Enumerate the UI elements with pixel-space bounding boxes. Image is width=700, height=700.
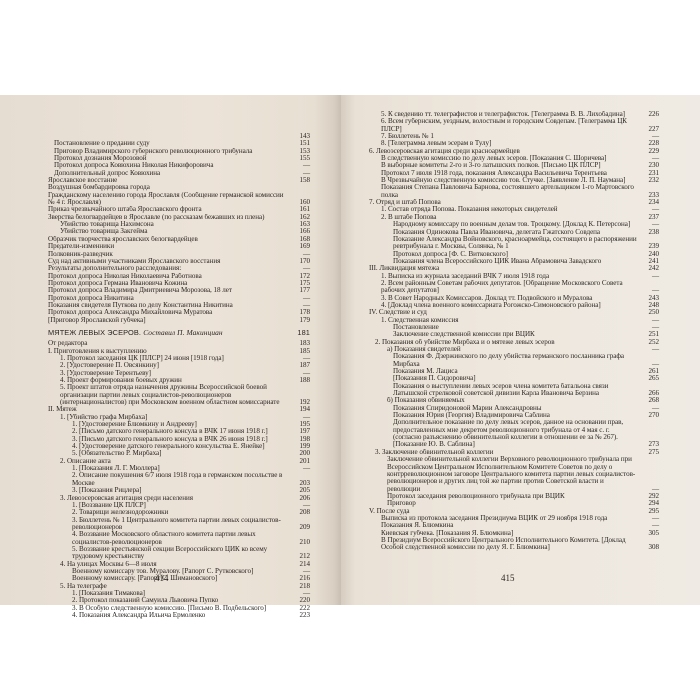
toc-entry-title: 4. Показания Александра Ильича Ермоленко bbox=[72, 612, 288, 619]
toc-entry: Протокол допроса Германа Ивановича Кожин… bbox=[48, 280, 310, 287]
toc-entry-title: Приказ чрезвычайного штаба Ярославского … bbox=[48, 206, 288, 213]
toc-entry: 4. Показания Александра Ильича Ермоленко… bbox=[48, 612, 310, 619]
toc-entry: 2. [Удостоверение П. Овсянкину]187 bbox=[48, 362, 310, 369]
toc-entry: 4. [Доклад члена военного комиссариата Р… bbox=[369, 302, 659, 309]
toc-entry: Предатели-изменники169 bbox=[48, 243, 310, 250]
toc-entry-title: 4. Проект формирования боевых дружин bbox=[60, 377, 288, 384]
toc-entry: Дополнительный допрос Ковюхина— bbox=[48, 170, 310, 177]
toc-entry-title: II. Мятеж bbox=[48, 406, 288, 413]
toc-entry: Постановление— bbox=[369, 324, 659, 331]
toc-entry-title: 2. Всем районным Советам рабочих депутат… bbox=[381, 280, 637, 295]
right-page: 5. К сведению тт. телеграфистов и телегр… bbox=[341, 95, 700, 605]
toc-entry: 2. Товарищи железнодорожники208 bbox=[48, 509, 310, 516]
toc-entry: а) Показания свидетелей— bbox=[369, 346, 659, 353]
toc-entry-title: 1. Состав отряда Попова. Показания некот… bbox=[381, 206, 637, 213]
toc-entry-title: [Приговор Ярославской губчека] bbox=[48, 317, 288, 324]
toc-entry-title: 3. В Совет Народных Комиссаров. Доклад т… bbox=[381, 295, 637, 302]
toc-entry: 5. Проект штатов отряда назначения дружи… bbox=[48, 384, 310, 406]
toc-entry: Протокол допроса Николая Николаевича Раб… bbox=[48, 273, 310, 280]
toc-entry-title: 4. [Доклад члена военного комиссариата Р… bbox=[381, 302, 637, 309]
toc-entry: Убийство товарища Закгейма166 bbox=[48, 228, 310, 235]
toc-entry-title: От редактора bbox=[48, 340, 288, 347]
right-toc: 5. К сведению тт. телеграфистов и телегр… bbox=[369, 111, 659, 552]
toc-entry: Заключение следственной комиссии при ВЦИ… bbox=[369, 331, 659, 338]
toc-entry-title: 5. На телеграфе bbox=[60, 583, 288, 590]
toc-entry-title: В выборные комитеты 2-го и 3-го латышски… bbox=[381, 162, 637, 169]
toc-entry-title: а) Показания свидетелей bbox=[387, 346, 637, 353]
toc-entry: 3. В Особую следственную комиссию. [Пись… bbox=[48, 605, 310, 612]
toc-entry-title: 7. Бюллетень № 1 bbox=[381, 133, 637, 140]
toc-entry-title: Приговор bbox=[387, 500, 637, 507]
toc-entry: 1. Протокол заседания ЦК [ПЛСР] 24 июня … bbox=[48, 355, 310, 362]
toc-entry: Протокол 7 июля 1918 года, показания Але… bbox=[369, 170, 659, 177]
toc-entry: Показания свидетеля Путкова по делу Конс… bbox=[48, 302, 310, 309]
toc-entry: 2. Показания об убийстве Мирбаха и о мят… bbox=[369, 339, 659, 346]
toc-entry: 2. [Письмо датского генерального консула… bbox=[48, 428, 310, 435]
toc-entry: В следственную комиссию по делу левых эс… bbox=[369, 155, 659, 162]
toc-entry: 1. [Воззвание ЦК ПЛСР]— bbox=[48, 502, 310, 509]
toc-entry-title: IV. Следствие и суд bbox=[369, 309, 637, 316]
toc-entry-title: Заключение обвинительной коллегии Верхов… bbox=[387, 456, 637, 493]
toc-entry-title: Результаты дополнительного расследования… bbox=[48, 265, 288, 272]
toc-entry: I. Приготовления к выступлению185 bbox=[48, 348, 310, 355]
toc-entry: 8. [Телеграмма левым эсерам в Тулу]228 bbox=[369, 140, 659, 147]
toc-entry: Народному комиссару по военным делам тов… bbox=[369, 221, 659, 228]
toc-entry-title: 1. [Показания Тимакова] bbox=[72, 590, 288, 597]
toc-entry: Показания Спиридоновой Марии Александров… bbox=[369, 405, 659, 412]
toc-entry: 2. Протокол показаний Самуила Львовича П… bbox=[48, 597, 310, 604]
toc-entry-title: Показания члена Всероссийского ЦИК Ивана… bbox=[393, 258, 637, 265]
toc-entry-title: 4. [Удостоверение датского генерального … bbox=[72, 443, 288, 450]
toc-entry-title: Дополнительное показание по делу левых э… bbox=[393, 419, 637, 448]
toc-entry: 3. [Показания Рицлера]205 bbox=[48, 487, 310, 494]
toc-entry: От редактора183 bbox=[48, 340, 310, 347]
toc-entry-title: Народному комиссару по военным делам тов… bbox=[393, 221, 637, 228]
toc-entry: Дополнительное показание по делу левых э… bbox=[369, 419, 659, 448]
toc-entry-title: В Чрезвычайную следственную комиссию тов… bbox=[381, 177, 637, 184]
toc-entry: [Приговор Ярославской губчека]179 bbox=[48, 317, 310, 324]
toc-entry-title: 5. К сведению тт. телеграфистов и телегр… bbox=[381, 111, 637, 118]
toc-entry-page: 238 bbox=[637, 229, 659, 236]
toc-entry-title: 1. [Удостоверение Блюмкину и Андрееву] bbox=[72, 421, 288, 428]
toc-entry: В выборные комитеты 2-го и 3-го латышски… bbox=[369, 162, 659, 169]
toc-entry-title: Полковник-разведчик bbox=[48, 251, 288, 258]
toc-entry: 4. Воззвание Московского областного коми… bbox=[48, 531, 310, 546]
toc-entry: 2. В штабе Попова237 bbox=[369, 214, 659, 221]
toc-entry: 4. [Удостоверение датского генерального … bbox=[48, 443, 310, 450]
toc-entry-title: Протокол дознания Морозовой bbox=[54, 155, 288, 162]
toc-entry: Приговор294 bbox=[369, 500, 659, 507]
toc-entry-title: 1. Протокол заседания ЦК [ПЛСР] 24 июня … bbox=[60, 355, 288, 362]
toc-entry-title: Показания Степана Павловича Барнова, сос… bbox=[381, 184, 637, 199]
toc-entry-title: 5. [Обязательство Р. Мирбаха] bbox=[72, 450, 288, 457]
toc-entry: Протокол допроса Никитина— bbox=[48, 295, 310, 302]
toc-entries-bottom: От редактора183I. Приготовления к выступ… bbox=[48, 340, 310, 619]
toc-entry-page: 265 bbox=[637, 375, 659, 382]
toc-entry: 1. Состав отряда Попова. Показания некот… bbox=[369, 206, 659, 213]
toc-entry-title: Убийство товарища Нахимсона bbox=[60, 221, 288, 228]
toc-entry-title: Воздушная бомбардировка города bbox=[48, 184, 288, 191]
toc-entry-title: Образчик творчества ярославских белогвар… bbox=[48, 236, 288, 243]
toc-entry-title: [Показания П. Сидоровича] bbox=[393, 375, 637, 382]
toc-entry: Приказ чрезвычайного штаба Ярославского … bbox=[48, 206, 310, 213]
toc-entry: Воздушная бомбардировка города bbox=[48, 184, 310, 191]
toc-entry: 4. Проект формирования боевых дружин188 bbox=[48, 377, 310, 384]
toc-entry: Приговор Владимирского губернского револ… bbox=[48, 148, 310, 155]
toc-entry: 3. Бюллетень № 1 Центрального комитета п… bbox=[48, 517, 310, 532]
toc-entry: 5. Воззвание крестьянской секции Всеросс… bbox=[48, 546, 310, 561]
toc-entry: 1. [Удостоверение Блюмкину и Андрееву]19… bbox=[48, 421, 310, 428]
toc-entry-title: 2. [Удостоверение П. Овсянкину] bbox=[60, 362, 288, 369]
toc-entry-title: III. Ликвидация мятежа bbox=[369, 265, 637, 272]
toc-entry: Гражданскому населению города Ярославля … bbox=[48, 192, 310, 207]
toc-entry: Показания Одинокова Павла Ивановича, дел… bbox=[369, 229, 659, 236]
toc-entry-title: 3. Бюллетень № 1 Центрального комитета п… bbox=[72, 517, 288, 532]
toc-entry-title: 3. Заключение обвинительной коллегии bbox=[375, 449, 637, 456]
toc-entry: 4. На улицах Москвы 6—8 июля214 bbox=[48, 561, 310, 568]
toc-entry-page: 158 bbox=[288, 177, 310, 184]
toc-entry-title: Протокол допроса Германа Ивановича Кожин… bbox=[48, 280, 288, 287]
toc-entry-title: Протокол допроса Владимира Дмитриевича М… bbox=[48, 287, 288, 294]
toc-entry-title: 2. Протокол показаний Самуила Львовича П… bbox=[72, 597, 288, 604]
toc-entry-title: Показания Я. Блюмкина bbox=[381, 522, 637, 529]
toc-entry: IV. Следствие и суд250 bbox=[369, 309, 659, 316]
toc-entry-title: Протокол допроса Николая Николаевича Раб… bbox=[48, 273, 288, 280]
toc-entry-title: 3. [Письмо датского генерального консула… bbox=[72, 436, 288, 443]
page-number-left: 414 bbox=[155, 573, 169, 583]
toc-entry-title: Предатели-изменники bbox=[48, 243, 288, 250]
toc-entry: Показания Я. Блюмкина— bbox=[369, 522, 659, 529]
toc-entry-page: 209 bbox=[288, 524, 310, 531]
toc-entry: б) Показания обвиняемых268 bbox=[369, 397, 659, 404]
section-title: МЯТЕЖ ЛЕВЫХ ЭСЕРОВ. bbox=[48, 329, 141, 336]
toc-entry-page: 188 bbox=[288, 377, 310, 384]
toc-entry: Показание Александра Войновского, красно… bbox=[369, 236, 659, 251]
toc-entry: 3. [Удостоверение Терентьеву]— bbox=[48, 370, 310, 377]
toc-entry: Постановление о предании суду151 bbox=[48, 140, 310, 147]
toc-entry-title: Протокол допроса Никитина bbox=[48, 295, 288, 302]
toc-entry: 1. [Убийство графа Мирбаха]— bbox=[48, 414, 310, 421]
toc-entry: Убийство товарища Нахимсона163 bbox=[48, 221, 310, 228]
toc-entry-page: — bbox=[288, 465, 310, 472]
toc-entry: Протокол допроса [Ф. С. Витковского]240 bbox=[369, 251, 659, 258]
open-book: 143Постановление о предании суду151Приго… bbox=[0, 95, 700, 605]
toc-entry-title: Показания Одинокова Павла Ивановича, дел… bbox=[393, 229, 637, 236]
toc-entry: 2. Описание покушения 6/7 июля 1918 года… bbox=[48, 472, 310, 487]
toc-entry-page: 232 bbox=[637, 177, 659, 184]
toc-entry-title: 3. [Удостоверение Терентьеву] bbox=[60, 370, 288, 377]
toc-entry: III. Ликвидация мятежа242 bbox=[369, 265, 659, 272]
toc-entry: 7. Бюллетень № 1— bbox=[369, 133, 659, 140]
toc-entry-page: 179 bbox=[288, 317, 310, 324]
toc-entry-title: Протокол допроса [Ф. С. Витковского] bbox=[393, 251, 637, 258]
toc-entry: 3. [Письмо датского генерального консула… bbox=[48, 436, 310, 443]
toc-entries-top: 143Постановление о предании суду151Приго… bbox=[48, 133, 310, 324]
toc-entry-page: 308 bbox=[637, 544, 659, 551]
toc-entry-title: Военному комиссару тов. Муралову. [Рапор… bbox=[72, 568, 288, 575]
toc-entry: 5. К сведению тт. телеграфистов и телегр… bbox=[369, 111, 659, 118]
toc-entry: Протокол дознания Морозовой155 bbox=[48, 155, 310, 162]
toc-entry: 5. [Обязательство Р. Мирбаха]200 bbox=[48, 450, 310, 457]
toc-entry: Протокол допроса Владимира Дмитриевича М… bbox=[48, 287, 310, 294]
toc-entry: Выписка из протокола заседания Президиум… bbox=[369, 515, 659, 522]
toc-entry-page: 210 bbox=[288, 539, 310, 546]
toc-entry: В Чрезвычайную следственную комиссию тов… bbox=[369, 177, 659, 184]
toc-entry-title: Убийство товарища Закгейма bbox=[60, 228, 288, 235]
toc-entry-title: 2. [Письмо датского генерального консула… bbox=[72, 428, 288, 435]
toc-entry-title: Ярославское восстание bbox=[48, 177, 288, 184]
toc-entry-title: Показания о выступлении левых эсеров чле… bbox=[393, 383, 637, 398]
toc-entry-title: 4. На улицах Москвы 6—8 июля bbox=[60, 561, 288, 568]
toc-entry: Показания о выступлении левых эсеров чле… bbox=[369, 383, 659, 398]
toc-entry: 1. Выписка из журнала заседаний ВЧК 7 ию… bbox=[369, 273, 659, 280]
toc-entry-title: Протокол заседания революционного трибун… bbox=[387, 493, 637, 500]
toc-entry-title: I. Приготовления к выступлению bbox=[48, 348, 288, 355]
toc-entry-title: 6. Всем губернским, уездным, волостным и… bbox=[381, 118, 637, 133]
toc-entry: 3. В Совет Народных Комиссаров. Доклад т… bbox=[369, 295, 659, 302]
toc-entry: V. После суда295 bbox=[369, 508, 659, 515]
toc-entry-title: 2. В штабе Попова bbox=[381, 214, 637, 221]
toc-entry-title: Приговор Владимирского губернского револ… bbox=[54, 148, 288, 155]
section-page-number: 181 bbox=[288, 329, 310, 336]
toc-entry-title: Выписка из протокола заседания Президиум… bbox=[381, 515, 637, 522]
toc-entry: Образчик творчества ярославских белогвар… bbox=[48, 236, 310, 243]
toc-entry: Показания Ф. Дзержинского по делу убийст… bbox=[369, 353, 659, 368]
toc-entry-title: 7. Отряд и штаб Попова bbox=[369, 199, 637, 206]
left-page: 143Постановление о предании суду151Приго… bbox=[0, 95, 341, 605]
toc-entry-title: Протокол 7 июля 1918 года, показания Але… bbox=[381, 170, 637, 177]
toc-entries: 5. К сведению тт. телеграфистов и телегр… bbox=[369, 111, 659, 552]
section-heading: МЯТЕЖ ЛЕВЫХ ЭСЕРОВ. Составил П. Макинциа… bbox=[48, 329, 310, 336]
toc-entry: 2. Описание акта201 bbox=[48, 458, 310, 465]
toc-entry-title: Показание Александра Войновского, красно… bbox=[393, 236, 637, 251]
toc-entry: Протокол допроса Ковюхина Николая Никифо… bbox=[48, 162, 310, 169]
page-number-right: 415 bbox=[501, 573, 515, 583]
toc-entry: Ярославское восстание158 bbox=[48, 177, 310, 184]
toc-entry: 5. На телеграфе218 bbox=[48, 583, 310, 590]
toc-entry-title: 1. [Показания Л. Г. Мюллера] bbox=[72, 465, 288, 472]
toc-entry-title: 8. [Телеграмма левым эсерам в Тулу] bbox=[381, 140, 637, 147]
toc-entry-title: 5. Воззвание крестьянской секции Всеросс… bbox=[72, 546, 288, 561]
toc-entry: Суд над активными участниками Ярославско… bbox=[48, 258, 310, 265]
toc-entry-title: 1. [Воззвание ЦК ПЛСР] bbox=[72, 502, 288, 509]
toc-entry: 7. Отряд и штаб Попова234 bbox=[369, 199, 659, 206]
toc-entry: Показания Юрия (Георгия) Владимировича С… bbox=[369, 412, 659, 419]
toc-entry-title: Суд над активными участниками Ярославско… bbox=[48, 258, 288, 265]
toc-entry: 1. [Показания Тимакова]— bbox=[48, 590, 310, 597]
toc-entry: Показания Степана Павловича Барнова, сос… bbox=[369, 184, 659, 199]
toc-entry-title: 3. [Показания Рицлера] bbox=[72, 487, 288, 494]
toc-entry-title: Показания свидетеля Путкова по делу Конс… bbox=[48, 302, 288, 309]
toc-entry-title: 3. Левоэсеровская агитация среди населен… bbox=[60, 495, 288, 502]
toc-entry-title: 2. Описание покушения 6/7 июля 1918 года… bbox=[72, 472, 288, 487]
toc-entry-title: Заключение следственной комиссии при ВЦИ… bbox=[393, 331, 637, 338]
toc-entry-title: Зверства белогвардейцев в Ярославле (по … bbox=[48, 214, 288, 221]
toc-entry: Протокол заседания революционного трибун… bbox=[369, 493, 659, 500]
toc-entry-page: — bbox=[637, 346, 659, 353]
toc-entry: В Президиум Всероссийского Центрального … bbox=[369, 537, 659, 552]
toc-entry-title: V. После суда bbox=[369, 508, 637, 515]
toc-entry-page: 226 bbox=[637, 111, 659, 118]
toc-entry-title: Показания М. Лациса bbox=[393, 368, 637, 375]
toc-entry-title: Военному комиссару. [Рапорт С. Шимановск… bbox=[72, 575, 288, 582]
toc-entry-page: 275 bbox=[637, 449, 659, 456]
toc-entry-title: Постановление bbox=[393, 324, 637, 331]
toc-entry-title: Протокол допроса Александра Михайловича … bbox=[48, 309, 288, 316]
toc-entry: Показания М. Лациса261 bbox=[369, 368, 659, 375]
toc-entry-title: В Президиум Всероссийского Центрального … bbox=[381, 537, 637, 552]
toc-entry-title: В следственную комиссию по делу левых эс… bbox=[381, 155, 637, 162]
toc-entry-title: Киевская губчека. [Показания Я. Блюмкина… bbox=[381, 530, 637, 537]
toc-entry: 2. Всем районным Советам рабочих депутат… bbox=[369, 280, 659, 295]
toc-entry-title: 3. В Особую следственную комиссию. [Пись… bbox=[72, 605, 288, 612]
toc-entry-page: 208 bbox=[288, 509, 310, 516]
toc-entry-title: Показания Ф. Дзержинского по делу убийст… bbox=[393, 353, 637, 368]
toc-entry-title: Показания Спиридоновой Марии Александров… bbox=[393, 405, 637, 412]
toc-entry-title: 6. Левоэсеровская агитация среди красноа… bbox=[369, 148, 637, 155]
toc-entry: Полковник-разведчик— bbox=[48, 251, 310, 258]
toc-entry: 3. Заключение обвинительной коллегии275 bbox=[369, 449, 659, 456]
left-toc: 143Постановление о предании суду151Приго… bbox=[48, 133, 310, 619]
toc-entry-title: б) Показания обвиняемых bbox=[387, 397, 637, 404]
toc-entry: 1. [Показания Л. Г. Мюллера]— bbox=[48, 465, 310, 472]
toc-entry: 6. Левоэсеровская агитация среди красноа… bbox=[369, 148, 659, 155]
toc-entry-title: Постановление о предании суду bbox=[54, 140, 288, 147]
toc-entry: Результаты дополнительного расследования… bbox=[48, 265, 310, 272]
toc-entry-title: Показания Юрия (Георгия) Владимировича С… bbox=[393, 412, 637, 419]
toc-entry-title: 4. Воззвание Московского областного коми… bbox=[72, 531, 288, 546]
toc-entry-page: 270 bbox=[637, 412, 659, 419]
toc-entry: 1. Следственная комиссия— bbox=[369, 317, 659, 324]
toc-entry: Киевская губчека. [Показания Я. Блюмкина… bbox=[369, 530, 659, 537]
toc-entry-page: — bbox=[637, 273, 659, 280]
toc-entry-title: Дополнительный допрос Ковюхина bbox=[54, 170, 288, 177]
toc-entry: Военному комиссару. [Рапорт С. Шимановск… bbox=[48, 575, 310, 582]
toc-entry-title: Протокол допроса Ковюхина Николая Никифо… bbox=[54, 162, 288, 169]
toc-entry-title: 2. Товарищи железнодорожники bbox=[72, 509, 288, 516]
toc-entry-title: Гражданскому населению города Ярославля … bbox=[48, 192, 288, 207]
toc-entry: Показания члена Всероссийского ЦИК Ивана… bbox=[369, 258, 659, 265]
toc-entry-title: 2. Показания об убийстве Мирбаха и о мят… bbox=[375, 339, 637, 346]
toc-entry-title: 1. Следственная комиссия bbox=[381, 317, 637, 324]
toc-entry: 143 bbox=[48, 133, 310, 140]
toc-entry: Заключение обвинительной коллегии Верхов… bbox=[369, 456, 659, 493]
toc-entry: Зверства белогвардейцев в Ярославле (по … bbox=[48, 214, 310, 221]
toc-entry-page: 223 bbox=[288, 612, 310, 619]
toc-entry-title: 5. Проект штатов отряда назначения дружи… bbox=[60, 384, 288, 406]
toc-entry: [Показания П. Сидоровича]265 bbox=[369, 375, 659, 382]
toc-entry: 6. Всем губернским, уездным, волостным и… bbox=[369, 118, 659, 133]
section-compiler: Составил П. Макинциан bbox=[143, 329, 223, 336]
toc-entry-title: 1. Выписка из журнала заседаний ВЧК 7 ию… bbox=[381, 273, 637, 280]
toc-entry-title: 1. [Убийство графа Мирбаха] bbox=[60, 414, 288, 421]
toc-entry-title: 2. Описание акта bbox=[60, 458, 288, 465]
toc-entry: 3. Левоэсеровская агитация среди населен… bbox=[48, 495, 310, 502]
toc-entry: Военному комиссару тов. Муралову. [Рапор… bbox=[48, 568, 310, 575]
toc-entry-page: 305 bbox=[637, 530, 659, 537]
toc-entry: II. Мятеж194 bbox=[48, 406, 310, 413]
toc-entry: Протокол допроса Александра Михайловича … bbox=[48, 309, 310, 316]
